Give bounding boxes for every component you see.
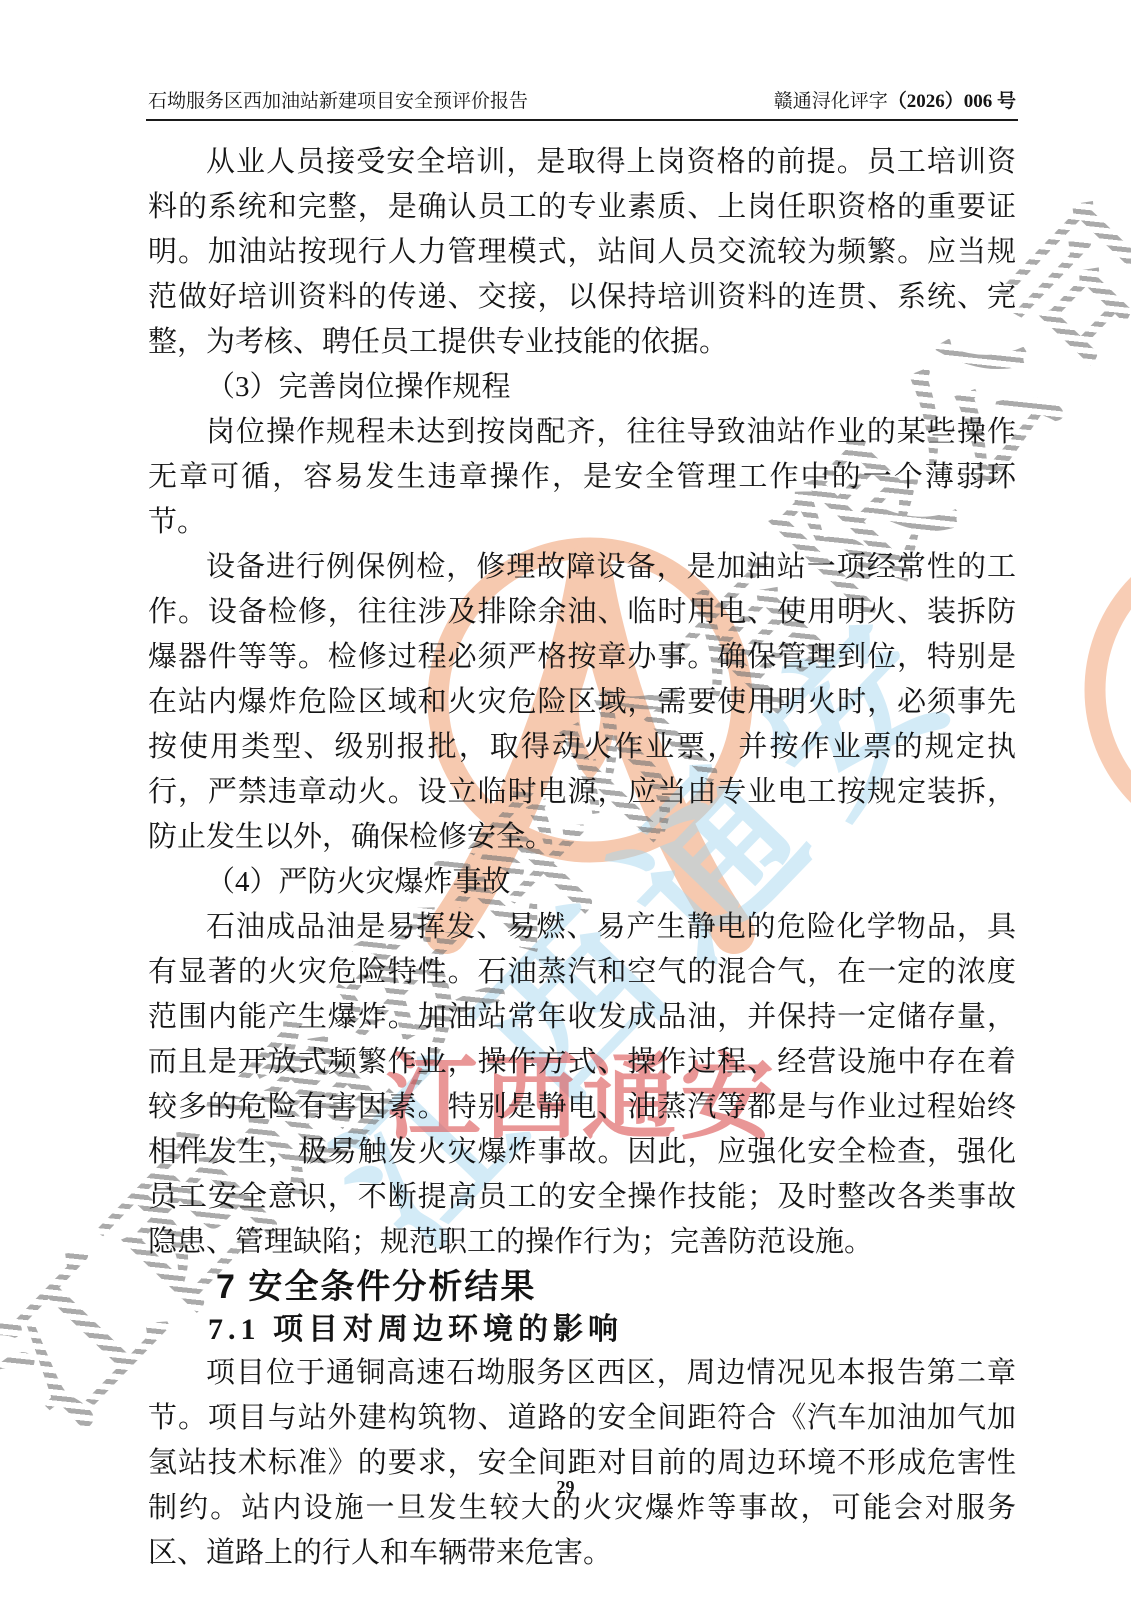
document-number-code: （2026）006 号 xyxy=(888,91,1016,112)
paragraph-equipment-maintenance: 设备进行例保例检，修理故障设备，是加油站一项经常性的工作。设备检修，往往涉及排除… xyxy=(148,545,1016,860)
document-number-prefix: 赣通浔化评字 xyxy=(774,91,888,112)
paragraph-training: 从业人员接受安全培训，是取得上岗资格的前提。员工培训资料的系统和完整，是确认员工… xyxy=(148,140,1016,365)
document-number: 赣通浔化评字（2026）006 号 xyxy=(774,90,1016,114)
document-body: 从业人员接受安全培训，是取得上岗资格的前提。员工培训资料的系统和完整，是确认员工… xyxy=(148,140,1016,1576)
document-page: 江西通安 江西通安评价有限公司 江西通安 石坳服务区西加油站新建项目安全预评价报… xyxy=(0,0,1131,1600)
item-4-heading: （4）严防火灾爆炸事故 xyxy=(148,860,1016,905)
header-divider-line xyxy=(146,119,1018,121)
section-7-1-heading: 7.1 项目对周边环境的影响 xyxy=(148,1309,1016,1351)
partial-logo-ring-watermark xyxy=(1073,518,1131,868)
paragraph-fire-explosion: 石油成品油是易挥发、易燃、易产生静电的危险化学物品，具有显著的火灾危险特性。石油… xyxy=(148,905,1016,1265)
report-title-running-head: 石坳服务区西加油站新建项目安全预评价报告 xyxy=(148,90,528,114)
page-header: 石坳服务区西加油站新建项目安全预评价报告 赣通浔化评字（2026）006 号 xyxy=(148,90,1016,114)
paragraph-operating-rules: 岗位操作规程未达到按岗配齐，往往导致油站作业的某些操作无章可循，容易发生违章操作… xyxy=(148,410,1016,545)
page-number: 29 xyxy=(0,1477,1131,1498)
item-3-heading: （3）完善岗位操作规程 xyxy=(148,365,1016,410)
section-7-heading: 7 安全条件分析结果 xyxy=(148,1265,1016,1309)
paragraph-surrounding-environment: 项目位于通铜高速石坳服务区西区，周边情况见本报告第二章节。项目与站外建构筑物、道… xyxy=(148,1351,1016,1576)
